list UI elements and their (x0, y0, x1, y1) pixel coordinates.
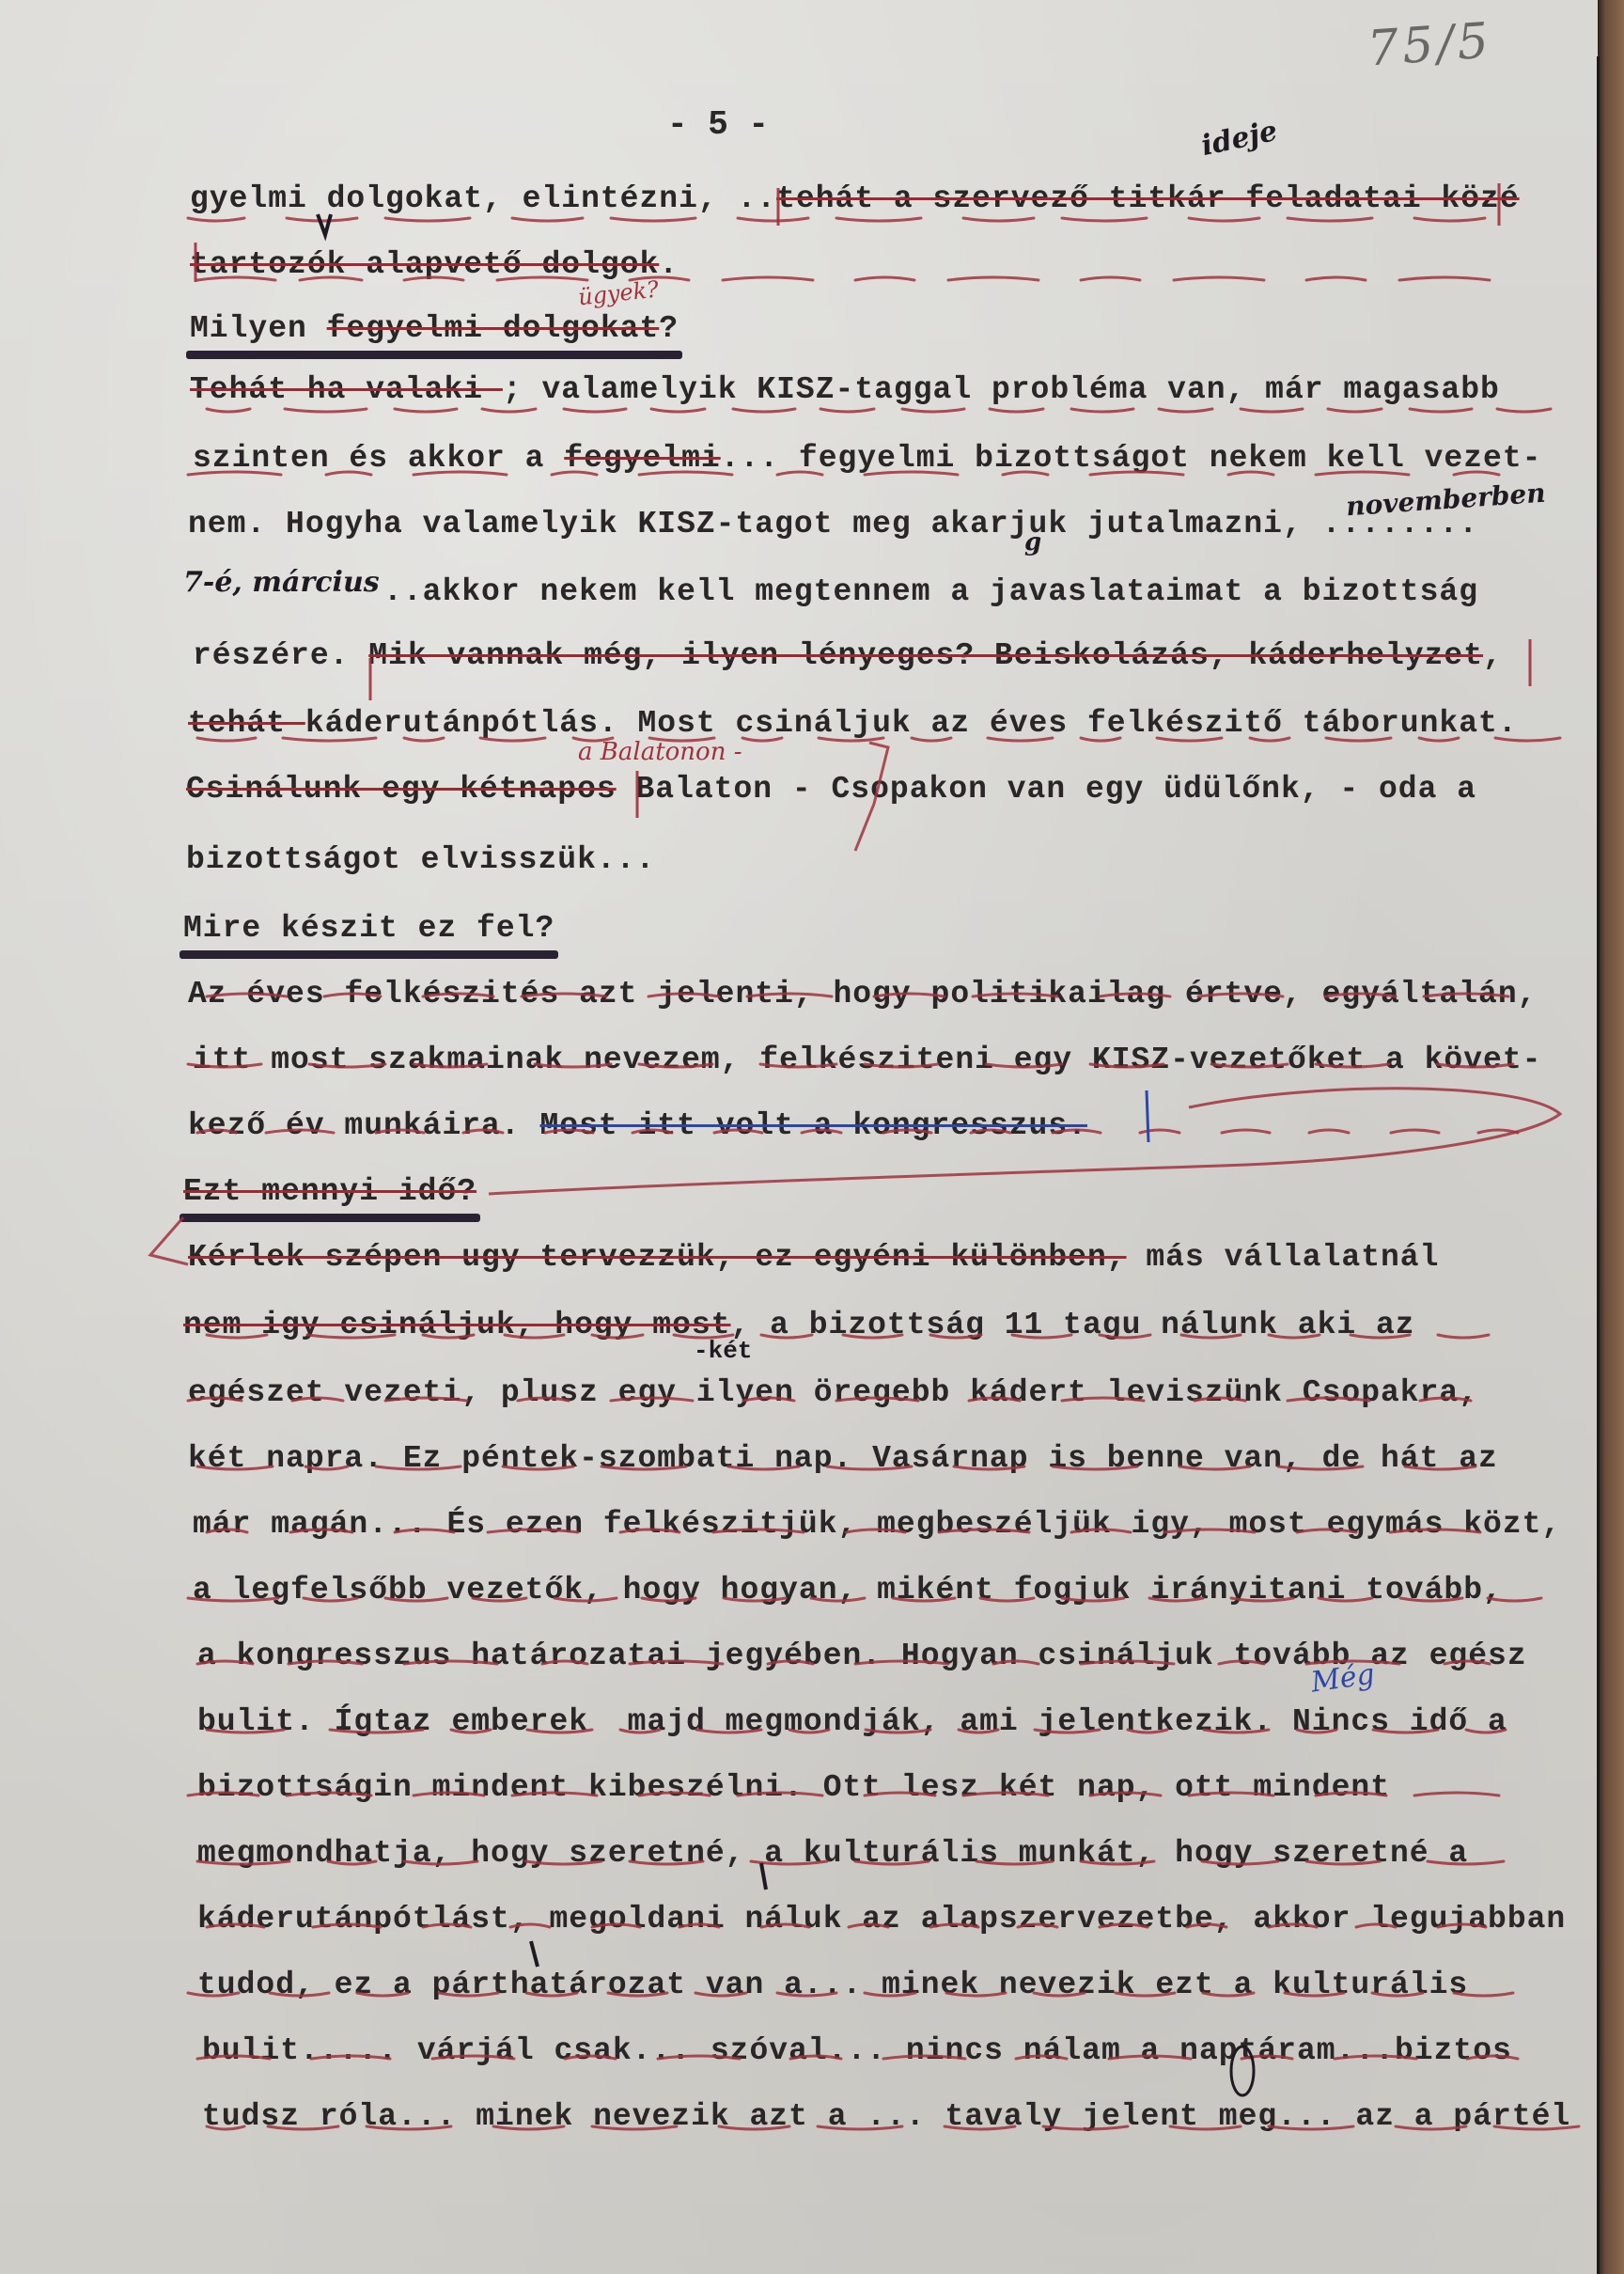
paper-edge (1597, 56, 1600, 2274)
text-segment: egészet vezeti, plusz egy ilyen öregebb … (188, 1375, 1478, 1410)
text-line: tudod, ez a párthatározat van a... minek… (197, 1967, 1468, 2004)
struck-text: Csinálunk egy kétnapos (186, 772, 617, 807)
text-line: Tehát ha valaki ; valamelyik KISZ-taggal… (190, 371, 1500, 409)
text-segment: gyelmi dolgokat, elintézni, .. (190, 181, 776, 216)
text-segment: két napra. Ez péntek-szombati nap. Vasár… (188, 1441, 1498, 1476)
text-segment: bizottságin mindent kibeszélni. Ott lesz… (197, 1770, 1390, 1805)
text-line: a legfelsőbb vezetők, hogy hogyan, mikén… (193, 1572, 1503, 1609)
text-line: Csinálunk egy kétnapos Balaton - Csopako… (186, 771, 1476, 808)
text-line: megmondhatja, hogy szeretné, a kulturáli… (197, 1835, 1468, 1873)
text-segment: itt most szakmainak nevezem, felkésziten… (193, 1043, 1541, 1077)
text-line: bulit..... várjál csak... szóval... ninc… (202, 2032, 1512, 2070)
text-line: gyelmi dolgokat, elintézni, ..tehát a sz… (190, 180, 1520, 218)
text-segment: Balaton - Csopakon van egy üdülőnk, - od… (617, 772, 1476, 807)
text-line: részére. Mik vannak még, ilyen lényeges?… (193, 637, 1503, 675)
text-segment: más vállalatnál (1127, 1240, 1440, 1275)
typed-insert-ket: -két (694, 1337, 752, 1365)
text-line: bizottságin mindent kibeszélni. Ott lesz… (197, 1769, 1390, 1807)
text-segment: ..akkor nekem kell megtennem a javaslata… (188, 574, 1478, 609)
text-line: tehát káderutánpótlás. Most csináljuk az… (188, 705, 1518, 743)
text-line: nem igy csináljuk, hogy most, a bizottsá… (183, 1307, 1415, 1344)
text-line: ..akkor nekem kell megtennem a javaslata… (188, 573, 1478, 611)
text-segment: kező év munkáira. (188, 1108, 539, 1143)
text-segment: Mire készit ez fel? (183, 911, 554, 946)
text-segment: ... fegyelmi bizottságot nekem kell veze… (721, 441, 1542, 476)
struck-text: Mik vannak még, ilyen lényeges? Beiskolá… (368, 638, 1483, 673)
page-number: - 5 - (667, 105, 769, 144)
struck-text: Tehát ha valaki (190, 372, 503, 407)
folio-number: 75/5 (1366, 12, 1494, 77)
text-segment: megmondhatja, hogy szeretné, a kulturáli… (197, 1836, 1468, 1871)
text-line: itt most szakmainak nevezem, felkésziten… (193, 1042, 1541, 1079)
text-line: tartozók alapvető dolgok. (190, 246, 679, 284)
struck-text: fegyelmi dolgokat (327, 311, 660, 346)
struck-text: Most itt volt a kongresszus. (539, 1108, 1087, 1143)
text-segment: ; valamelyik KISZ-taggal probléma van, m… (503, 372, 1500, 407)
text-segment: , a bizottság 11 tagu nálunk aki az (731, 1308, 1415, 1342)
text-segment: Milyen (190, 311, 327, 346)
text-line: bizottságot elvisszük... (186, 841, 655, 879)
text-line: már magán... És ezen felkészitjük, megbe… (193, 1506, 1561, 1544)
text-segment: bulit. Ígtaz emberek majd megmondják, am… (197, 1704, 1507, 1739)
struck-text: nem igy csináljuk, hogy most (183, 1308, 731, 1342)
document-page: 75/5 - 5 - gyelmi dolgokat, elintézni, .… (0, 0, 1598, 2274)
handwritten-correction-g: g (1024, 528, 1041, 557)
question-heading: Milyen fegyelmi dolgokat? (190, 310, 679, 348)
struck-text: Ezt mennyi idő? (183, 1174, 476, 1209)
text-segment: káderutánpótlást, megoldani náluk az ala… (197, 1902, 1566, 1937)
text-segment: . (659, 247, 679, 282)
text-segment: bizottságot elvisszük... (186, 842, 655, 877)
text-line: szinten és akkor a fegyelmi... fegyelmi … (193, 440, 1541, 478)
question-heading: Mire készit ez fel? (183, 910, 554, 948)
struck-text: tehát (188, 706, 305, 741)
text-segment: már magán... És ezen felkészitjük, megbe… (193, 1507, 1561, 1542)
struck-text: tartozók alapvető dolgok (190, 247, 659, 282)
text-segment: Az éves felkészités azt jelenti, hogy po… (188, 977, 1537, 1012)
text-line: tudsz róla... minek nevezik azt a ... ta… (202, 2098, 1570, 2136)
handwritten-insert-balatonon: a Balatonon - (578, 738, 742, 766)
text-segment: nem. Hogyha valamelyik KISZ-tagot meg ak… (188, 507, 1478, 541)
text-line: kező év munkáira. Most itt volt a kongre… (188, 1107, 1087, 1145)
text-segment: ? (659, 311, 679, 346)
text-line: Az éves felkészités azt jelenti, hogy po… (188, 976, 1537, 1013)
text-line: bulit. Ígtaz emberek majd megmondják, am… (197, 1703, 1507, 1741)
text-segment: , (1483, 638, 1503, 673)
text-line: nem. Hogyha valamelyik KISZ-tagot meg ak… (188, 506, 1478, 543)
text-segment: szinten és akkor a (193, 441, 564, 476)
text-segment: a legfelsőbb vezetők, hogy hogyan, mikén… (193, 1573, 1503, 1607)
question-heading: Ezt mennyi idő? (183, 1173, 476, 1211)
struck-text: Kérlek szépen ugy tervezzük, ez egyéni k… (188, 1240, 1127, 1275)
handwritten-insert-ideje: ideje (1198, 115, 1280, 163)
desk-surface (1598, 0, 1624, 2274)
struck-text: fegyelmi (564, 441, 720, 476)
struck-text: tehát a szervező titkár feladatai közé (776, 181, 1520, 216)
handwritten-date-margin: 7-é, március (183, 566, 380, 599)
text-segment: részére. (193, 638, 368, 673)
text-segment: bulit..... várjál csak... szóval... ninc… (202, 2033, 1512, 2068)
text-line: káderutánpótlást, megoldani náluk az ala… (197, 1901, 1566, 1938)
text-segment: tudod, ez a párthatározat van a... minek… (197, 1968, 1468, 2002)
text-line: egészet vezeti, plusz egy ilyen öregebb … (188, 1374, 1478, 1412)
text-segment: káderutánpótlás. Most csináljuk az éves … (305, 706, 1518, 741)
text-line: két napra. Ez péntek-szombati nap. Vasár… (188, 1440, 1498, 1478)
text-line: Kérlek szépen ugy tervezzük, ez egyéni k… (188, 1239, 1439, 1277)
text-segment: tudsz róla... minek nevezik azt a ... ta… (202, 2099, 1570, 2134)
